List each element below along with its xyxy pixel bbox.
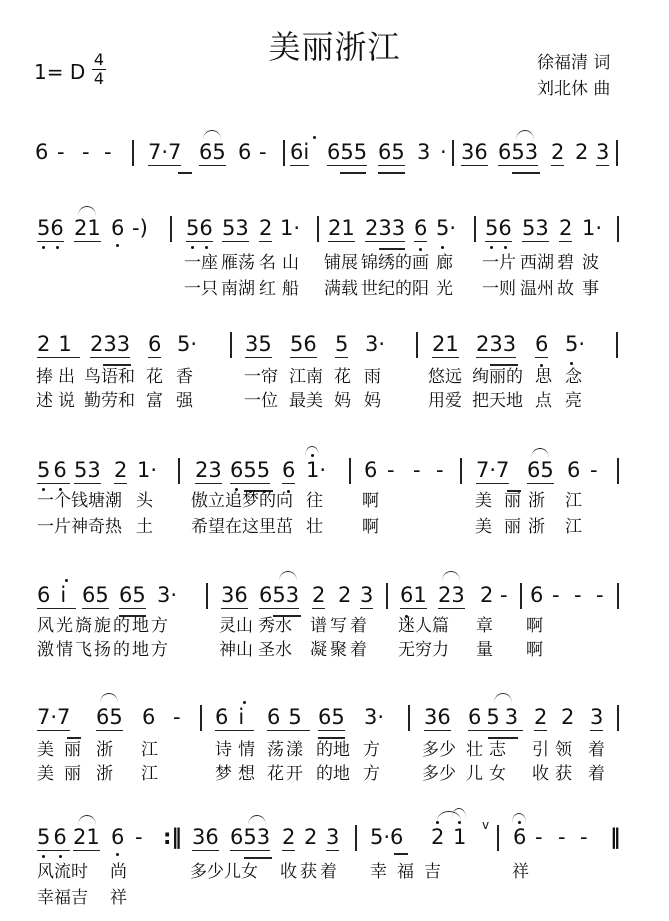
notes-line: 7·7 65 6 - 6i 65 65 3· 36 653 2 2 3 bbox=[0, 697, 669, 737]
lyric: 铺展 bbox=[324, 248, 358, 273]
lyric: 美 bbox=[475, 512, 492, 537]
fermata-icon bbox=[512, 813, 526, 823]
lyric: 多少儿女 bbox=[190, 857, 258, 882]
dash: - bbox=[436, 458, 444, 482]
barline bbox=[355, 825, 357, 851]
note: 2 bbox=[575, 140, 588, 164]
lyric: 风光旖旎的地方 bbox=[37, 611, 170, 636]
lyric: 江南 bbox=[289, 362, 323, 387]
barline bbox=[132, 140, 134, 166]
lyric: 啊 bbox=[362, 512, 379, 537]
lyric: 无穷力 bbox=[398, 635, 449, 660]
lyric: 幸福吉 bbox=[37, 883, 88, 908]
note-group: 65 bbox=[267, 705, 310, 731]
note-group: 653 bbox=[498, 140, 538, 166]
note: 6 bbox=[35, 140, 48, 164]
note-group: 21 bbox=[37, 332, 80, 358]
lyric: 故 bbox=[557, 274, 574, 299]
note-group: 6i bbox=[37, 583, 76, 609]
dash: -) bbox=[132, 216, 148, 240]
note-group: 56 bbox=[290, 332, 317, 358]
notes-line: 6i 65 65 3· 36 653 2 2 3 61 23 2 - 6 - - bbox=[0, 575, 669, 615]
barline bbox=[460, 458, 462, 484]
lyric: 事 bbox=[582, 274, 599, 299]
note-group: 36 bbox=[221, 583, 248, 609]
note-group: 233 bbox=[476, 332, 516, 358]
note-group: 36 bbox=[461, 140, 488, 166]
note-group: 6i bbox=[215, 705, 254, 731]
lyric: 花 bbox=[146, 362, 163, 387]
barline bbox=[178, 458, 180, 484]
note-group: 21 bbox=[328, 216, 355, 242]
composer-credit: 刘北休 曲 bbox=[537, 74, 610, 99]
lyric: 一帘 bbox=[244, 362, 278, 387]
barline bbox=[617, 216, 619, 242]
note: 2 bbox=[431, 825, 444, 849]
lyric: 一只 bbox=[184, 274, 218, 299]
lyric: 花 bbox=[334, 362, 351, 387]
notes-line: 6 - - - 7·7 65 6 - 6i 655 65 3 · 36 653 bbox=[0, 132, 669, 172]
barline bbox=[616, 140, 618, 166]
note-group: 23 bbox=[195, 458, 222, 484]
barline bbox=[200, 705, 202, 731]
note: 6 bbox=[364, 458, 377, 482]
lyric: 啊 bbox=[362, 486, 379, 511]
lyric: 锦绣的画 bbox=[361, 248, 429, 273]
underline bbox=[378, 172, 405, 174]
note-group: 21 bbox=[73, 825, 100, 851]
lyric: 圣水 bbox=[258, 635, 292, 660]
low-octave-dot bbox=[116, 244, 119, 247]
high-octave-dot bbox=[65, 579, 68, 582]
note-group: 65 bbox=[527, 458, 554, 484]
lyric: 南湖 bbox=[221, 274, 255, 299]
lyric: 红 bbox=[259, 274, 276, 299]
lyric: 方 bbox=[363, 759, 380, 784]
note-group: 65 bbox=[119, 583, 146, 609]
dot: · bbox=[440, 140, 447, 164]
dash: - bbox=[135, 825, 143, 849]
slur-arc bbox=[516, 130, 534, 140]
lyric: 妈 bbox=[364, 386, 381, 411]
lyric: 风流时 bbox=[37, 857, 88, 882]
notes-line: 21 233 6 5· 35 56 5 3· 21 233 6 5· bbox=[0, 324, 669, 364]
dash: - bbox=[535, 825, 543, 849]
lyric: 往 bbox=[306, 486, 323, 511]
lyric: 思 bbox=[535, 362, 552, 387]
note: 3 bbox=[326, 825, 339, 851]
lyric: 富 bbox=[146, 386, 163, 411]
lyric: 幸福吉 bbox=[370, 857, 451, 882]
note: 3 bbox=[417, 140, 430, 164]
dash: - bbox=[580, 825, 588, 849]
time-signature-top: 4 bbox=[94, 50, 104, 69]
lyric: 把天地 bbox=[472, 386, 523, 411]
lyric: 绚丽的 bbox=[472, 362, 523, 387]
lyric: 壮 bbox=[306, 512, 323, 537]
lyric: 尚 bbox=[110, 857, 127, 882]
note: 3· bbox=[364, 705, 384, 729]
lyric: 浙 bbox=[528, 512, 545, 537]
note: 2 bbox=[259, 216, 272, 242]
low-octave-dot bbox=[116, 853, 119, 856]
lyric: 江 bbox=[565, 486, 582, 511]
dash: - bbox=[574, 583, 582, 607]
dash: - bbox=[57, 140, 65, 164]
lyric: 光 bbox=[436, 274, 453, 299]
lyric: 壮志 bbox=[466, 735, 512, 760]
slur-arc bbox=[279, 571, 297, 581]
note: 2 bbox=[338, 583, 351, 607]
lyric: 述说 bbox=[36, 386, 80, 411]
note: 3 bbox=[596, 140, 609, 166]
notes-line: 56 21 6 -) 56 53 2 1· 21 233 6 5· 56 bbox=[0, 208, 669, 248]
note: 6 bbox=[535, 332, 548, 358]
note: 2 bbox=[534, 705, 547, 731]
lyric: 江 bbox=[141, 759, 158, 784]
note-group: 56 bbox=[485, 216, 512, 242]
barline bbox=[617, 458, 619, 484]
slur-arc bbox=[203, 130, 221, 140]
lyric: 捧出 bbox=[36, 362, 80, 387]
slur-arc bbox=[100, 693, 118, 703]
lyric: 土 bbox=[136, 512, 153, 537]
dash: - bbox=[413, 458, 421, 482]
underline bbox=[340, 172, 366, 174]
note: 2 bbox=[561, 705, 574, 729]
dash: - bbox=[500, 583, 508, 607]
note-group: 7·7 bbox=[476, 458, 509, 484]
note-group: 65 bbox=[318, 705, 345, 731]
note-group: 56 bbox=[186, 216, 213, 242]
note-group: 233 bbox=[90, 332, 130, 358]
underline bbox=[178, 172, 192, 174]
note-group: 655 bbox=[327, 140, 367, 166]
note-group: 61 bbox=[400, 583, 427, 609]
key-signature: 1= D bbox=[34, 60, 85, 84]
lyric: 希望在这里茁 bbox=[191, 512, 293, 537]
note: 6 bbox=[111, 216, 124, 240]
slur-arc bbox=[531, 448, 549, 458]
note: 1· bbox=[306, 458, 326, 482]
barline bbox=[317, 216, 319, 242]
note: 5· bbox=[565, 332, 585, 356]
lyric: 美 bbox=[37, 735, 54, 760]
lyric: 傲立追梦的向 bbox=[191, 486, 293, 511]
note: 2 bbox=[304, 825, 317, 849]
note-group: 653 bbox=[468, 705, 523, 731]
lyric: 美 bbox=[37, 759, 54, 784]
lyric: 啊 bbox=[526, 611, 543, 636]
lyric: 激情飞扬的地方 bbox=[37, 635, 170, 660]
lyric: 多少 bbox=[422, 735, 456, 760]
low-octave-dot bbox=[42, 246, 45, 249]
dash: - bbox=[596, 583, 604, 607]
slur-arc bbox=[248, 815, 266, 825]
high-octave-dot bbox=[458, 821, 461, 824]
lyric: 多少 bbox=[422, 759, 456, 784]
breath-mark-icon: v bbox=[482, 813, 489, 837]
lyric: 谱写着 bbox=[310, 611, 370, 636]
note: 6 bbox=[111, 825, 124, 849]
note: 6 bbox=[148, 332, 161, 358]
note: 6 bbox=[282, 458, 295, 484]
lyric: 方 bbox=[363, 735, 380, 760]
barline bbox=[206, 583, 208, 609]
lyric: 一座 bbox=[184, 248, 218, 273]
note-group: 5·6 bbox=[370, 825, 403, 849]
note: 5· bbox=[177, 332, 197, 356]
note: 1· bbox=[582, 216, 602, 240]
lyric: 波 bbox=[582, 248, 599, 273]
lyric: 凝聚着 bbox=[310, 635, 370, 660]
high-octave-dot bbox=[313, 136, 316, 139]
lyric: 迷人篇 bbox=[398, 611, 449, 636]
note: 1· bbox=[137, 458, 157, 482]
lyric: 念 bbox=[565, 362, 582, 387]
note: 6 bbox=[142, 705, 155, 729]
lyric: 悠远 bbox=[428, 362, 462, 387]
slur-arc bbox=[78, 206, 96, 216]
fermata-icon bbox=[305, 446, 319, 456]
slur-arc bbox=[78, 815, 96, 825]
lyric: 强 bbox=[176, 386, 193, 411]
note: 2 bbox=[114, 458, 127, 484]
lyric: 收获着 bbox=[280, 857, 340, 882]
note: 6 bbox=[530, 583, 543, 607]
lyric: 荡漾 bbox=[267, 735, 305, 760]
lyric: 亮 bbox=[565, 386, 582, 411]
lyric: 祥 bbox=[512, 857, 529, 882]
lyric: 最美 bbox=[289, 386, 323, 411]
lyric: 量 bbox=[476, 635, 493, 660]
lyric: 妈 bbox=[334, 386, 351, 411]
lyricist-credit: 徐福清 词 bbox=[537, 48, 610, 73]
note-group: 36 bbox=[424, 705, 451, 731]
slur-arc bbox=[494, 693, 512, 703]
underline bbox=[512, 172, 540, 174]
final-barline: ‖ bbox=[610, 825, 621, 849]
barline bbox=[170, 216, 172, 242]
lyric: 引领 bbox=[532, 735, 578, 760]
note-group: 65 bbox=[96, 705, 123, 731]
lyric: 梦想 bbox=[215, 759, 261, 784]
note-group: 53 bbox=[74, 458, 101, 484]
note: 6 bbox=[513, 825, 526, 849]
dash: - bbox=[173, 705, 181, 729]
lyric: 着 bbox=[588, 759, 605, 784]
note-group: 35 bbox=[245, 332, 272, 358]
note: 3· bbox=[157, 583, 177, 607]
note-group: 21 bbox=[432, 332, 459, 358]
barline bbox=[386, 583, 388, 609]
dash: - bbox=[590, 458, 598, 482]
barline bbox=[617, 583, 619, 609]
lyric: 雨 bbox=[364, 362, 381, 387]
slur-arc bbox=[442, 571, 460, 581]
note: 2 bbox=[551, 140, 564, 166]
note-group: 653 bbox=[259, 583, 299, 609]
barline bbox=[283, 140, 285, 166]
lyric: 江 bbox=[141, 735, 158, 760]
lyric: 廊 bbox=[436, 248, 453, 273]
barline bbox=[474, 216, 476, 242]
note-group: 21 bbox=[74, 216, 101, 242]
lyric: 勤劳和 bbox=[84, 386, 135, 411]
note-group: 23 bbox=[438, 583, 465, 609]
lyric: 丽 bbox=[64, 735, 81, 760]
lyric: 用爱 bbox=[428, 386, 462, 411]
lyric: 一片 bbox=[482, 248, 516, 273]
note: 2 bbox=[282, 825, 295, 851]
lyric: 满载 bbox=[324, 274, 358, 299]
notes-line: 56 53 2 1· 23 655 6 1· 6 - - - 7·7 bbox=[0, 450, 669, 490]
barline bbox=[408, 705, 410, 731]
lyric: 西湖 bbox=[520, 248, 554, 273]
dash: - bbox=[259, 140, 267, 164]
lyric: 浙 bbox=[528, 486, 545, 511]
lyric: 一个钱塘潮 bbox=[37, 486, 122, 511]
high-octave-dot bbox=[243, 701, 246, 704]
underline bbox=[394, 853, 408, 855]
lyric: 收获 bbox=[532, 759, 578, 784]
lyric: 香 bbox=[176, 362, 193, 387]
dash: - bbox=[104, 140, 112, 164]
lyric: 丽 bbox=[64, 759, 81, 784]
lyric: 章 bbox=[476, 611, 493, 636]
lyric: 一则 bbox=[482, 274, 516, 299]
barline bbox=[349, 458, 351, 484]
lyric: 浙 bbox=[96, 735, 113, 760]
notes-line: 56 21 6 - :‖ 36 653 2 2 3 5·6 2 1 v bbox=[0, 817, 669, 857]
high-octave-dot bbox=[436, 821, 439, 824]
lyric: 江 bbox=[565, 512, 582, 537]
note: 5· bbox=[436, 216, 456, 240]
lyric: 祥 bbox=[110, 883, 127, 908]
lyric: 啊 bbox=[526, 635, 543, 660]
note: 2 bbox=[559, 216, 572, 242]
barline bbox=[520, 583, 522, 609]
lyric: 着 bbox=[588, 735, 605, 760]
lyric: 诗情 bbox=[215, 735, 261, 760]
note: 1· bbox=[280, 216, 300, 240]
note-group: 7·7 bbox=[148, 140, 181, 166]
note: 3 bbox=[360, 583, 373, 609]
lyric: 山 bbox=[282, 248, 299, 273]
note: 3· bbox=[365, 332, 385, 356]
note-group: 56 bbox=[37, 458, 70, 484]
note-group: 53 bbox=[222, 216, 249, 242]
barline bbox=[617, 705, 619, 731]
barline bbox=[616, 332, 618, 358]
dash: - bbox=[552, 583, 560, 607]
note-group: 65 bbox=[199, 140, 226, 166]
note-group: 53 bbox=[522, 216, 549, 242]
dash: - bbox=[82, 140, 90, 164]
lyric: 一位 bbox=[244, 386, 278, 411]
fermata-icon bbox=[452, 808, 466, 818]
note: 5 bbox=[335, 332, 348, 358]
lyric: 头 bbox=[136, 486, 153, 511]
note-group: 653 bbox=[230, 825, 270, 851]
lyric: 美 bbox=[475, 486, 492, 511]
lyric: 温州 bbox=[520, 274, 554, 299]
lyric: 秀水 bbox=[258, 611, 292, 636]
lyric: 名 bbox=[259, 248, 276, 273]
barline bbox=[497, 825, 499, 851]
lyric: 花开 bbox=[267, 759, 305, 784]
note: 1 bbox=[453, 825, 466, 849]
time-signature: 4 4 bbox=[92, 52, 106, 87]
lyric: 丽 bbox=[504, 512, 521, 537]
lyric: 船 bbox=[282, 274, 299, 299]
note: 2 bbox=[312, 583, 325, 609]
lyric: 点 bbox=[535, 386, 552, 411]
note-group: 655 bbox=[230, 458, 270, 484]
dash: - bbox=[558, 825, 566, 849]
repeat-end-barline: :‖ bbox=[163, 825, 182, 849]
lyric: 一片神奇热 bbox=[37, 512, 122, 537]
barline bbox=[416, 332, 418, 358]
note: 3 bbox=[590, 705, 603, 731]
dash: - bbox=[387, 458, 395, 482]
lyric: 丽 bbox=[504, 486, 521, 511]
lyric: 的地 bbox=[316, 759, 350, 784]
note-group: 36 bbox=[192, 825, 219, 851]
lyric: 儿女 bbox=[466, 759, 512, 784]
note-group: 65 bbox=[378, 140, 405, 166]
note: 6 bbox=[567, 458, 580, 482]
note-group: 233 bbox=[365, 216, 405, 242]
barline bbox=[230, 332, 232, 358]
note-group: 56 bbox=[37, 825, 70, 851]
lyric: 鸟语和 bbox=[84, 362, 135, 387]
low-octave-dot bbox=[56, 246, 59, 249]
lyric: 世纪的阳 bbox=[361, 274, 429, 299]
note-group: 6i bbox=[290, 140, 309, 166]
lyric: 碧 bbox=[557, 248, 574, 273]
time-signature-bottom: 4 bbox=[94, 69, 104, 88]
note: 6 bbox=[414, 216, 427, 242]
lyric: 神山 bbox=[219, 635, 253, 660]
lyric: 雁荡 bbox=[221, 248, 255, 273]
note: 2 bbox=[480, 583, 493, 607]
barline bbox=[452, 140, 454, 166]
note: 6 bbox=[238, 140, 251, 164]
note-group: 56 bbox=[37, 216, 64, 242]
note-group: 7·7 bbox=[37, 705, 70, 731]
note-group: 65 bbox=[82, 583, 109, 609]
lyric: 的地 bbox=[316, 735, 350, 760]
lyric: 灵山 bbox=[219, 611, 253, 636]
lyric: 浙 bbox=[96, 759, 113, 784]
